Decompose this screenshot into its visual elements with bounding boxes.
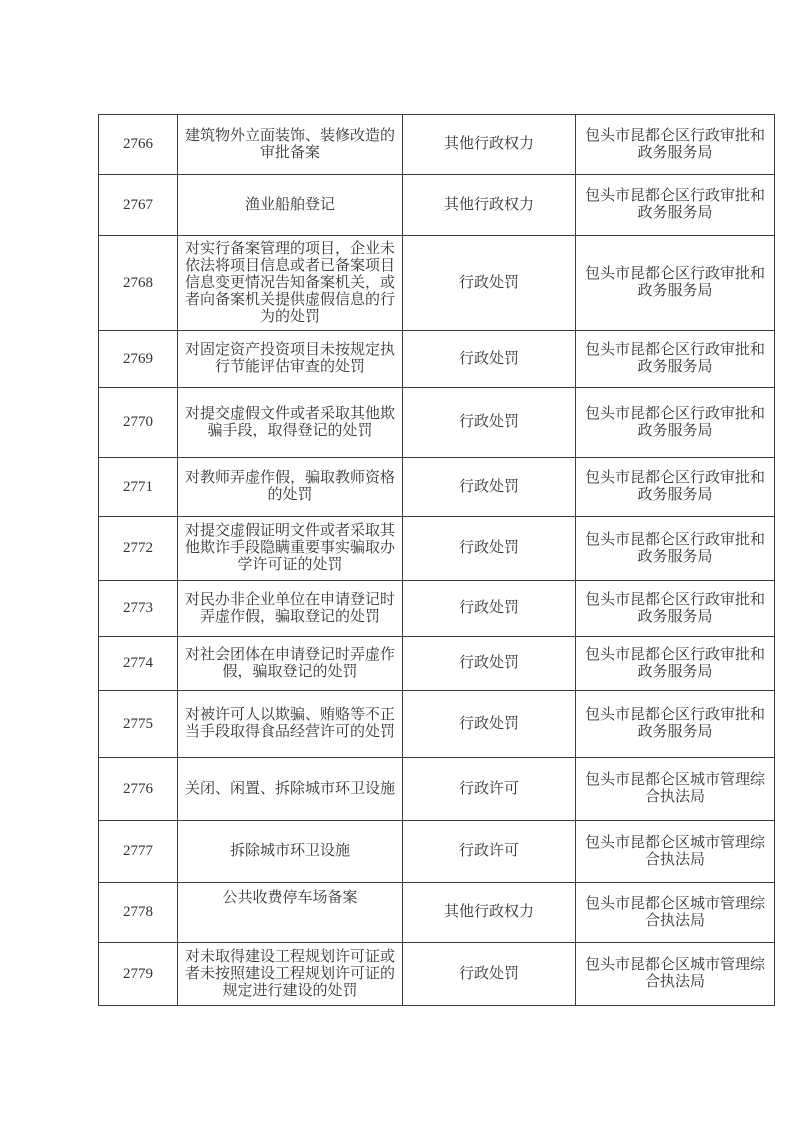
cell-item-name: 对实行备案管理的项目，企业未依法将项目信息或者已备案项目信息变更情况告知备案机关…	[178, 236, 403, 331]
cell-department: 包头市昆都仑区城市管理综合执法局	[576, 821, 775, 883]
document-page: 2766建筑物外立面装饰、装修改造的审批备案其他行政权力包头市昆都仑区行政审批和…	[0, 0, 793, 1122]
cell-department: 包头市昆都仑区行政审批和政务服务局	[576, 637, 775, 691]
table-row: 2779对未取得建设工程规划许可证或者未按照建设工程规划许可证的规定进行建设的处…	[99, 943, 775, 1006]
cell-power-type: 行政许可	[403, 821, 576, 883]
cell-item-name: 对民办非企业单位在申请登记时弄虚作假，骗取登记的处罚	[178, 581, 403, 637]
cell-department: 包头市昆都仑区行政审批和政务服务局	[576, 331, 775, 388]
cell-department: 包头市昆都仑区行政审批和政务服务局	[576, 175, 775, 236]
cell-item-name: 对提交虚假证明文件或者采取其他欺诈手段隐瞒重要事实骗取办学许可证的处罚	[178, 517, 403, 581]
cell-item-name: 对固定资产投资项目未按规定执行节能评估审查的处罚	[178, 331, 403, 388]
cell-item-name: 建筑物外立面装饰、装修改造的审批备案	[178, 115, 403, 175]
cell-item-name: 对社会团体在申请登记时弄虚作假，骗取登记的处罚	[178, 637, 403, 691]
cell-item-number: 2770	[99, 388, 178, 458]
cell-item-number: 2778	[99, 883, 178, 943]
table-row: 2768对实行备案管理的项目，企业未依法将项目信息或者已备案项目信息变更情况告知…	[99, 236, 775, 331]
cell-item-number: 2772	[99, 517, 178, 581]
cell-power-type: 行政处罚	[403, 517, 576, 581]
cell-department: 包头市昆都仑区行政审批和政务服务局	[576, 458, 775, 517]
cell-item-number: 2771	[99, 458, 178, 517]
table-row: 2776关闭、闲置、拆除城市环卫设施行政许可包头市昆都仑区城市管理综合执法局	[99, 758, 775, 821]
cell-department: 包头市昆都仑区行政审批和政务服务局	[576, 236, 775, 331]
table-row: 2772对提交虚假证明文件或者采取其他欺诈手段隐瞒重要事实骗取办学许可证的处罚行…	[99, 517, 775, 581]
cell-department: 包头市昆都仑区行政审批和政务服务局	[576, 517, 775, 581]
cell-item-number: 2767	[99, 175, 178, 236]
cell-item-number: 2779	[99, 943, 178, 1006]
cell-department: 包头市昆都仑区行政审批和政务服务局	[576, 581, 775, 637]
cell-item-name: 渔业船舶登记	[178, 175, 403, 236]
cell-item-number: 2776	[99, 758, 178, 821]
cell-power-type: 行政处罚	[403, 388, 576, 458]
cell-department: 包头市昆都仑区城市管理综合执法局	[576, 943, 775, 1006]
table-row: 2773对民办非企业单位在申请登记时弄虚作假，骗取登记的处罚行政处罚包头市昆都仑…	[99, 581, 775, 637]
table-row: 2774对社会团体在申请登记时弄虚作假，骗取登记的处罚行政处罚包头市昆都仑区行政…	[99, 637, 775, 691]
table-row: 2771对教师弄虚作假，骗取教师资格的处罚行政处罚包头市昆都仑区行政审批和政务服…	[99, 458, 775, 517]
cell-item-number: 2774	[99, 637, 178, 691]
cell-power-type: 行政处罚	[403, 637, 576, 691]
cell-item-name: 公共收费停车场备案	[178, 883, 403, 943]
cell-item-name: 对教师弄虚作假，骗取教师资格的处罚	[178, 458, 403, 517]
administrative-powers-table: 2766建筑物外立面装饰、装修改造的审批备案其他行政权力包头市昆都仑区行政审批和…	[98, 114, 775, 1006]
cell-power-type: 行政处罚	[403, 691, 576, 758]
cell-department: 包头市昆都仑区城市管理综合执法局	[576, 758, 775, 821]
cell-power-type: 行政处罚	[403, 331, 576, 388]
cell-power-type: 行政处罚	[403, 943, 576, 1006]
table-row: 2777拆除城市环卫设施行政许可包头市昆都仑区城市管理综合执法局	[99, 821, 775, 883]
cell-power-type: 行政处罚	[403, 458, 576, 517]
cell-item-name: 对未取得建设工程规划许可证或者未按照建设工程规划许可证的规定进行建设的处罚	[178, 943, 403, 1006]
cell-item-number: 2777	[99, 821, 178, 883]
cell-power-type: 其他行政权力	[403, 883, 576, 943]
cell-department: 包头市昆都仑区行政审批和政务服务局	[576, 388, 775, 458]
table-row: 2778公共收费停车场备案其他行政权力包头市昆都仑区城市管理综合执法局	[99, 883, 775, 943]
cell-power-type: 行政处罚	[403, 236, 576, 331]
cell-item-number: 2766	[99, 115, 178, 175]
cell-power-type: 行政处罚	[403, 581, 576, 637]
table-row: 2770对提交虚假文件或者采取其他欺骗手段，取得登记的处罚行政处罚包头市昆都仑区…	[99, 388, 775, 458]
table-row: 2766建筑物外立面装饰、装修改造的审批备案其他行政权力包头市昆都仑区行政审批和…	[99, 115, 775, 175]
cell-power-type: 其他行政权力	[403, 115, 576, 175]
cell-item-number: 2768	[99, 236, 178, 331]
cell-item-name: 对被许可人以欺骗、贿赂等不正当手段取得食品经营许可的处罚	[178, 691, 403, 758]
table-row: 2775对被许可人以欺骗、贿赂等不正当手段取得食品经营许可的处罚行政处罚包头市昆…	[99, 691, 775, 758]
cell-item-name: 对提交虚假文件或者采取其他欺骗手段，取得登记的处罚	[178, 388, 403, 458]
cell-power-type: 行政许可	[403, 758, 576, 821]
cell-item-number: 2769	[99, 331, 178, 388]
cell-department: 包头市昆都仑区行政审批和政务服务局	[576, 115, 775, 175]
table-row: 2767渔业船舶登记其他行政权力包头市昆都仑区行政审批和政务服务局	[99, 175, 775, 236]
cell-department: 包头市昆都仑区城市管理综合执法局	[576, 883, 775, 943]
cell-item-name: 关闭、闲置、拆除城市环卫设施	[178, 758, 403, 821]
cell-item-number: 2775	[99, 691, 178, 758]
cell-power-type: 其他行政权力	[403, 175, 576, 236]
cell-department: 包头市昆都仑区行政审批和政务服务局	[576, 691, 775, 758]
table-row: 2769对固定资产投资项目未按规定执行节能评估审查的处罚行政处罚包头市昆都仑区行…	[99, 331, 775, 388]
cell-item-number: 2773	[99, 581, 178, 637]
cell-item-name: 拆除城市环卫设施	[178, 821, 403, 883]
